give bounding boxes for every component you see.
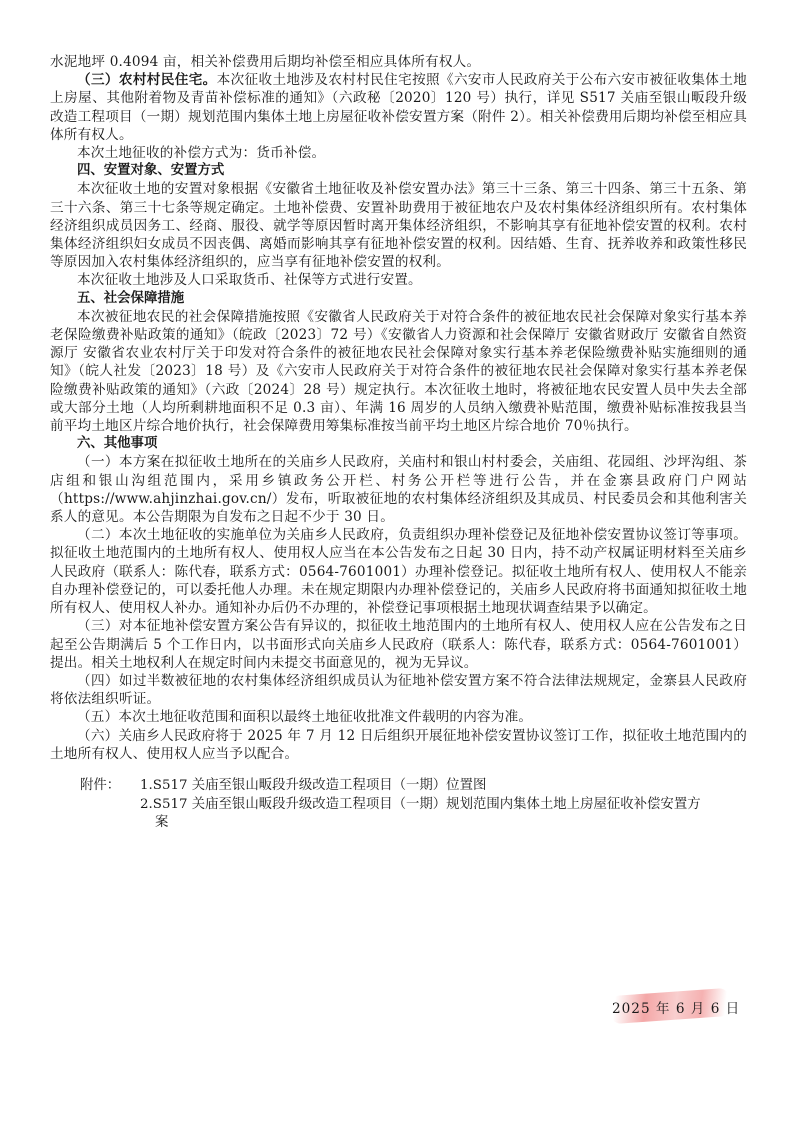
paragraph-resettlement-objects: 本次征收土地的安置对象根据《安徽省土地征收及补偿安置办法》第三十三条、第三十四条…: [50, 180, 747, 271]
attachment-item-2-text: 2.S517 关庙至银山畈段升级改造工程项目（一期）规划范围内集体土地上房屋征收…: [140, 797, 701, 812]
paragraph-other-1: （一）本方案在拟征收土地所在的关庙乡人民政府，关庙村和银山村村委会，关庙组、花园…: [50, 453, 747, 526]
attachments-label: 附件：: [80, 777, 140, 833]
attachment-item-2-continuation: 案: [140, 814, 747, 833]
document-date: 2025 年 6 月 6 日: [612, 997, 740, 1017]
paragraph-social-security: 本次被征地农民的社会保障措施按照《安徽省人民政府关于对符合条件的被征地农民社会保…: [50, 308, 747, 435]
paragraph-other-2: （二）本次土地征收的实施单位为关庙乡人民政府，负责组织办理补偿登记及征地补偿安置…: [50, 526, 747, 617]
section-heading-social-security: 五、社会保障措施: [50, 290, 747, 308]
paragraph-resettlement-method: 本次征收土地涉及人口采取货币、社保等方式进行安置。: [50, 271, 747, 289]
section-heading-resettlement: 四、安置对象、安置方式: [50, 162, 747, 180]
paragraph-compensation-method: 本次土地征收的补偿方式为：货币补偿。: [50, 144, 747, 162]
attachments-list: 1.S517 关庙至银山畈段升级改造工程项目（一期）位置图 2.S517 关庙至…: [140, 777, 747, 833]
section-heading-other-matters: 六、其他事项: [50, 435, 747, 453]
attachments-block: 附件： 1.S517 关庙至银山畈段升级改造工程项目（一期）位置图 2.S517…: [50, 777, 747, 833]
subheading-rural-housing: （三）农村村民住宅。: [77, 72, 217, 88]
paragraph-other-4: （四）如过半数被征地的农村集体经济组织成员认为征地补偿安置方案不符合法律法规规定…: [50, 672, 747, 708]
document-page: 水泥地坪 0.4094 亩，相关补偿费用后期均补偿至相应具体所有权人。 （三）农…: [50, 53, 747, 833]
paragraph-other-3: （三）对本征地补偿安置方案公告有异议的，拟征收土地范围内的土地所有权人、使用权人…: [50, 617, 747, 672]
attachment-item-2: 2.S517 关庙至银山畈段升级改造工程项目（一期）规划范围内集体土地上房屋征收…: [140, 796, 747, 833]
paragraph-rural-housing: （三）农村村民住宅。本次征收土地涉及农村村民住宅按照《六安市人民政府关于公布六安…: [50, 71, 747, 144]
paragraph-cement-floor: 水泥地坪 0.4094 亩，相关补偿费用后期均补偿至相应具体所有权人。: [50, 53, 747, 71]
paragraph-other-6: （六）关庙乡人民政府将于 2025 年 7 月 12 日后组织开展征地补偿安置协…: [50, 727, 747, 763]
paragraph-other-5: （五）本次土地征收范围和面积以最终土地征收批准文件载明的内容为准。: [50, 708, 747, 726]
attachment-item-1: 1.S517 关庙至银山畈段升级改造工程项目（一期）位置图: [140, 777, 747, 796]
